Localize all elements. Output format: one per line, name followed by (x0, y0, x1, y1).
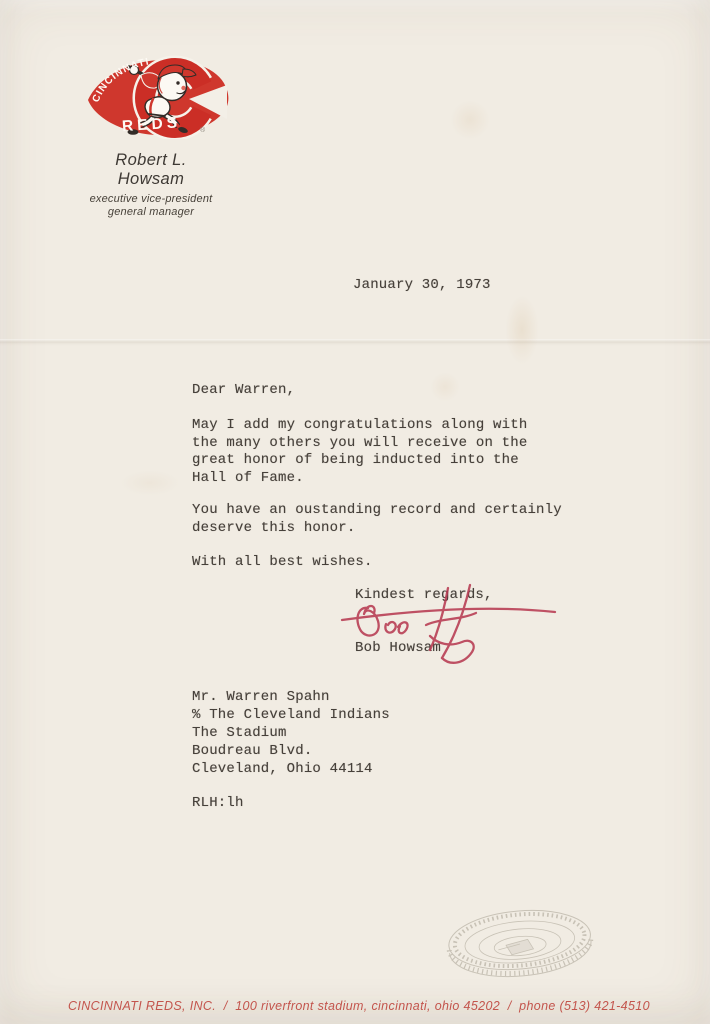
body-line: the many others you will receive on the (192, 434, 527, 452)
handwritten-signature (330, 580, 565, 675)
letterhead-name-block: Robert L. Howsam executive vice-presiden… (80, 151, 222, 219)
letter-date: January 30, 1973 (353, 276, 491, 294)
paper-fold-line (0, 339, 710, 346)
recipient-line: % The Cleveland Indians (192, 706, 390, 724)
body-line: great honor of being inducted into the (192, 451, 519, 469)
riverfront-stadium-seal-icon (438, 896, 603, 998)
recipient-line: Mr. Warren Spahn (192, 688, 330, 706)
body-line: With all best wishes. (192, 553, 373, 571)
body-line: Hall of Fame. (192, 469, 304, 487)
paper-stain (120, 470, 180, 496)
reds-logo-icon: CINCINNATI REDS ® (85, 55, 233, 139)
recipient-line: The Stadium (192, 724, 287, 742)
paper-stain (450, 100, 490, 140)
letterhead-title-2: general manager (80, 206, 222, 219)
salutation: Dear Warren, (192, 381, 295, 399)
body-line: May I add my congratulations along with (192, 416, 527, 434)
registered-trademark-icon: ® (200, 126, 206, 134)
footer-address-line: CINCINNATI REDS, INC. / 100 riverfront s… (68, 999, 650, 1013)
letterhead-title-1: executive vice-president (80, 193, 222, 206)
paper-stain (505, 295, 539, 365)
reference-initials: RLH:lh (192, 794, 244, 812)
letter-page: CINCINNATI REDS ® Robert L. Howsam execu… (0, 0, 710, 1024)
letterhead-name: Robert L. Howsam (80, 151, 222, 189)
body-line: deserve this honor. (192, 519, 355, 537)
body-line: You have an oustanding record and certai… (192, 501, 562, 519)
recipient-line: Boudreau Blvd. (192, 742, 312, 760)
paper-stain (430, 372, 460, 402)
recipient-line: Cleveland, Ohio 44114 (192, 760, 373, 778)
